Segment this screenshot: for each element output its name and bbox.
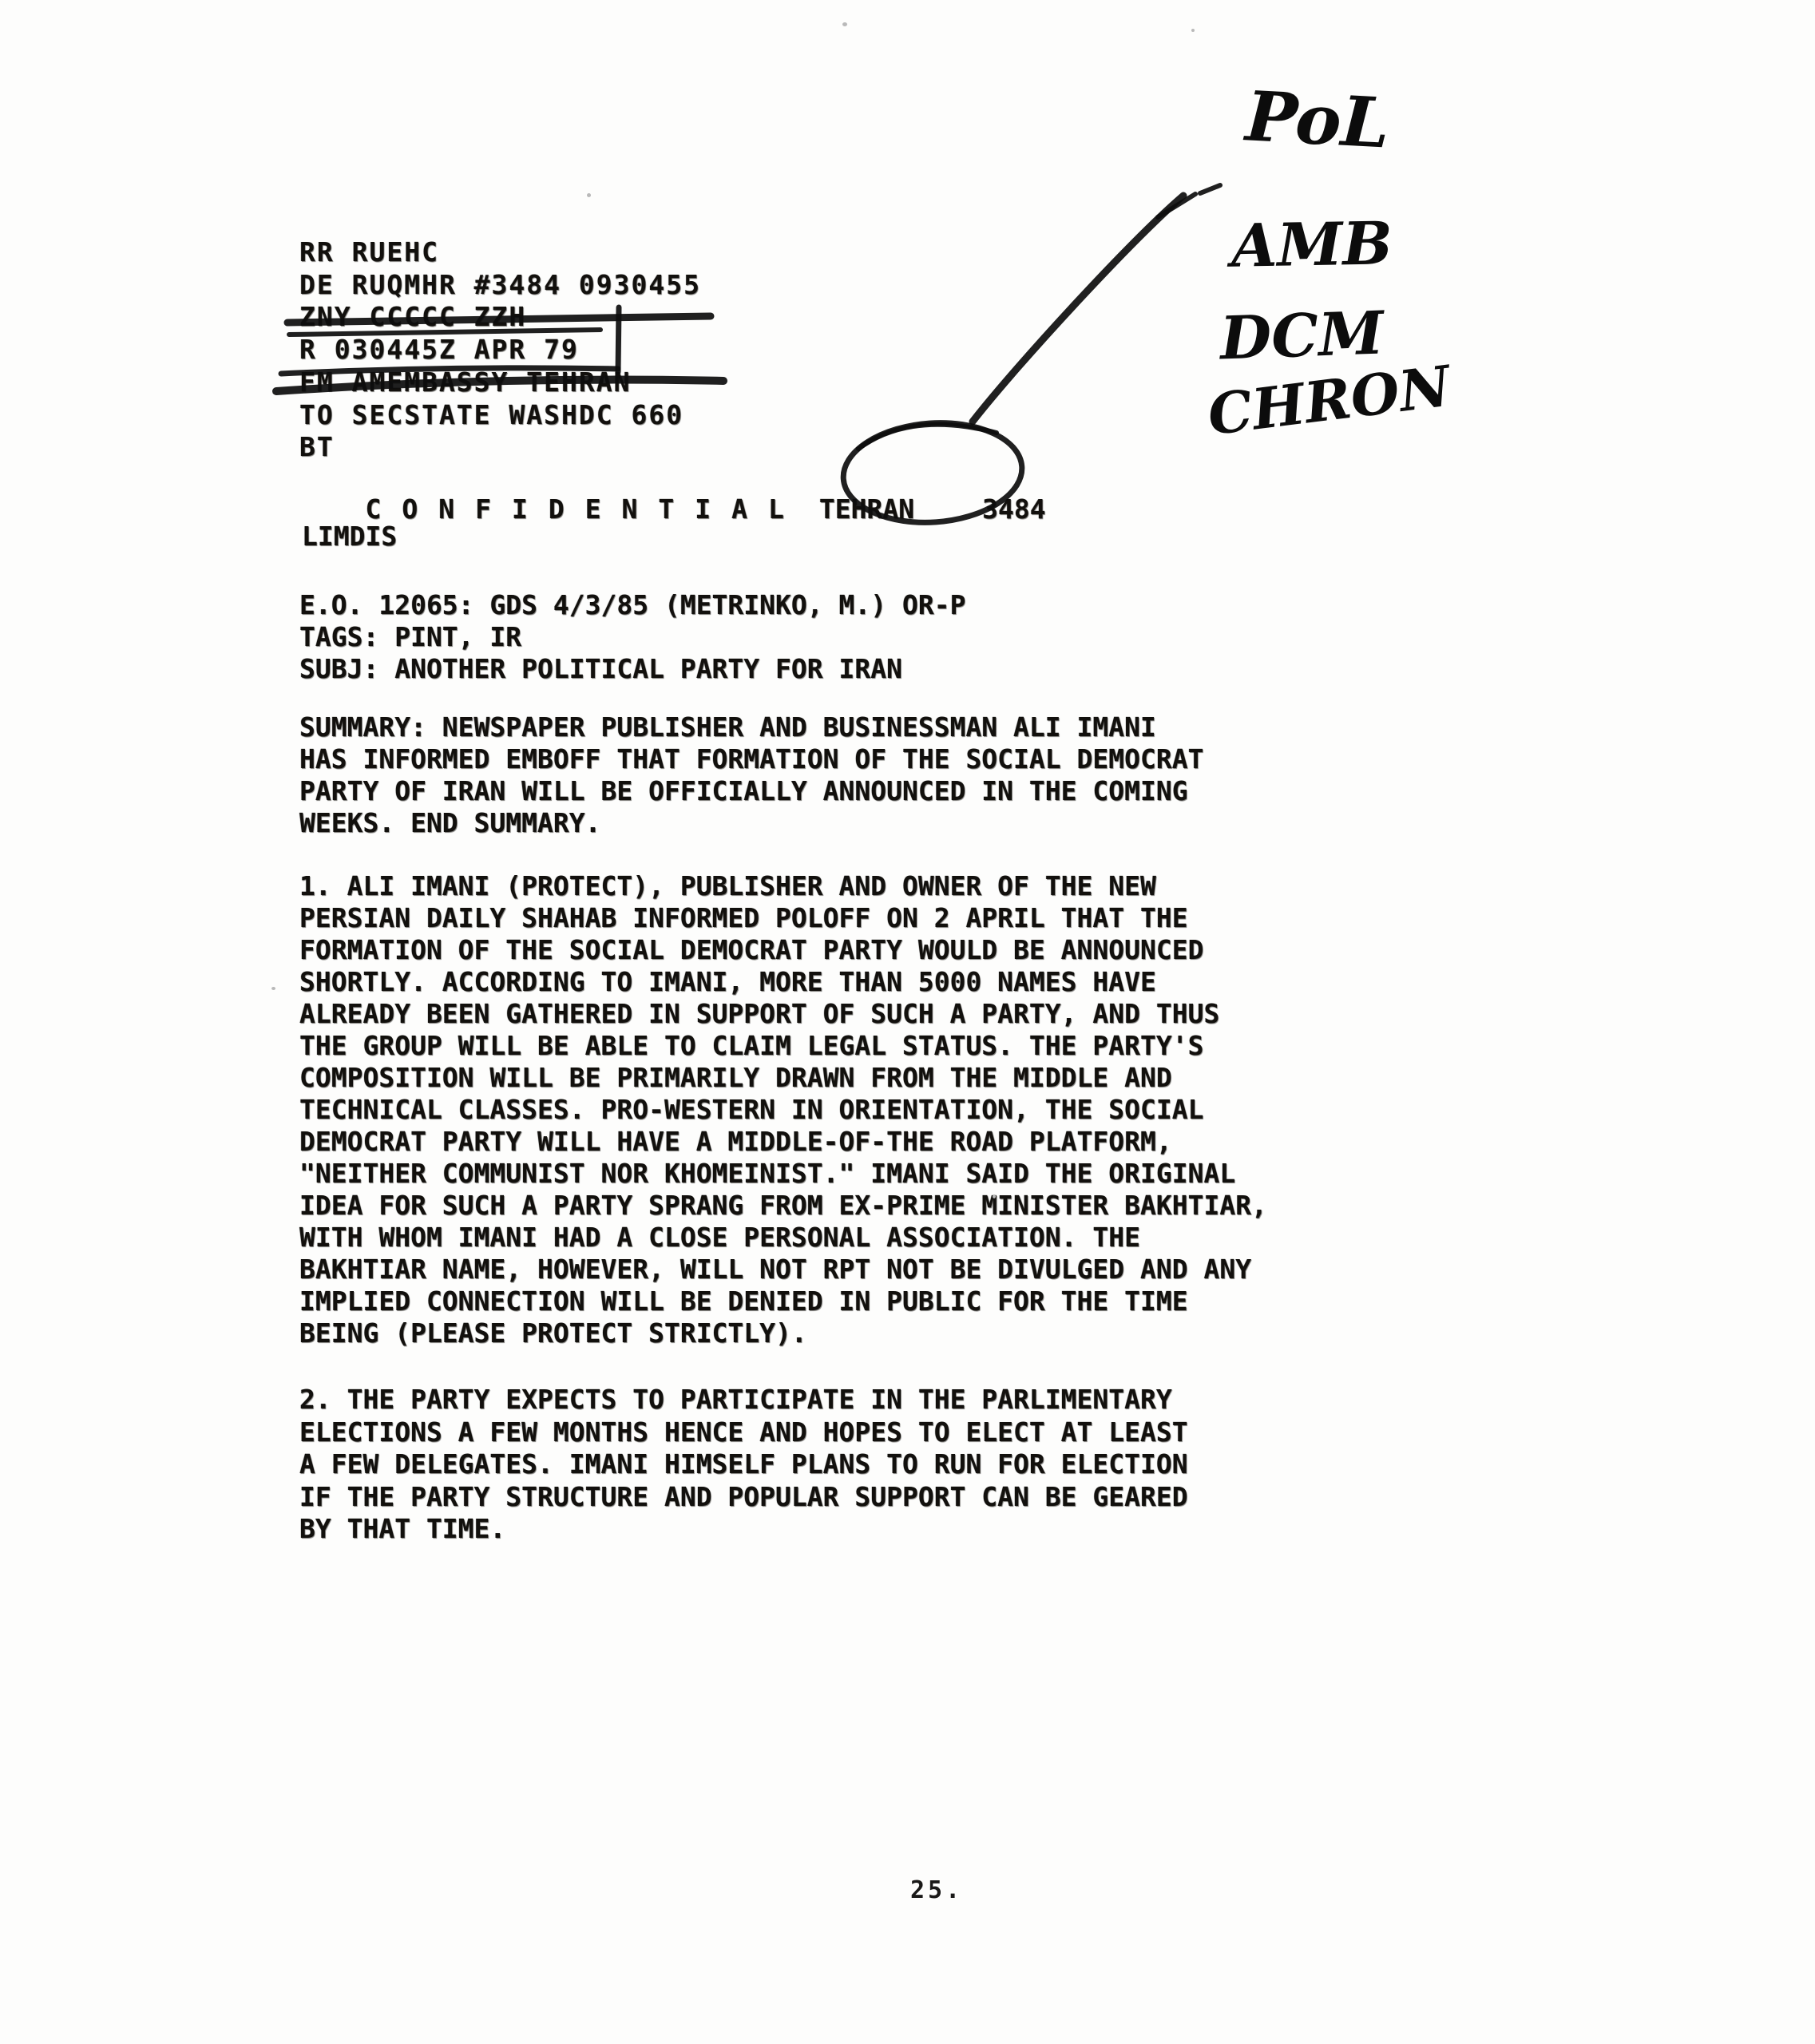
paragraph-1: 1. ALI IMANI (PROTECT), PUBLISHER AND OW… <box>299 870 1267 1349</box>
body-line: COMPOSITION WILL BE PRIMARILY DRAWN FROM… <box>299 1062 1267 1094</box>
body-line: BY THAT TIME. <box>299 1513 1188 1546</box>
cable-transmission-header: RR RUEHC DE RUQMHR #3484 0930455 ZNY CCC… <box>299 236 701 464</box>
header-date-time-group: R 030445Z APR 79 <box>299 334 701 366</box>
header-zny-line-struck: ZNY CCCCC ZZH <box>299 301 701 334</box>
body-line: BEING (PLEASE PROTECT STRICTLY). <box>299 1317 1267 1349</box>
page-number: 25. <box>910 1876 963 1904</box>
body-line: "NEITHER COMMUNIST NOR KHOMEINIST." IMAN… <box>299 1158 1267 1190</box>
summary-line: PARTY OF IRAN WILL BE OFFICIALLY ANNOUNC… <box>299 775 1203 807</box>
summary-line: HAS INFORMED EMBOFF THAT FORMATION OF TH… <box>299 743 1203 775</box>
classification-line: CONFIDENTIALTEHRAN3484 <box>302 461 1046 557</box>
pen-connector-dash <box>1200 185 1220 193</box>
classification-origin: TEHRAN <box>819 493 914 525</box>
body-line: IMPLIED CONNECTION WILL BE DENIED IN PUB… <box>299 1285 1267 1317</box>
paragraph-2: 2. THE PARTY EXPECTS TO PARTICIPATE IN T… <box>299 1384 1188 1546</box>
body-line: TECHNICAL CLASSES. PRO-WESTERN IN ORIENT… <box>299 1094 1267 1126</box>
summary-line: SUMMARY: NEWSPAPER PUBLISHER AND BUSINES… <box>299 711 1203 743</box>
body-line: A FEW DELEGATES. IMANI HIMSELF PLANS TO … <box>299 1448 1188 1481</box>
classification-serial: 3484 <box>982 493 1045 525</box>
body-line: FORMATION OF THE SOCIAL DEMOCRAT PARTY W… <box>299 934 1267 966</box>
summary-paragraph: SUMMARY: NEWSPAPER PUBLISHER AND BUSINES… <box>299 711 1203 839</box>
header-bt-separator: BT <box>299 431 701 464</box>
pen-connector-tick <box>1158 194 1195 217</box>
scanned-cable-page: RR RUEHC DE RUQMHR #3484 0930455 ZNY CCC… <box>0 0 1815 2044</box>
body-line: DEMOCRAT PARTY WILL HAVE A MIDDLE-OF-THE… <box>299 1126 1267 1158</box>
pen-circle-serial-inner-loop <box>858 425 997 449</box>
header-routing-indicator: RR RUEHC <box>299 236 701 269</box>
pen-connector-line <box>973 196 1183 422</box>
subject-line: SUBJ: ANOTHER POLITICAL PARTY FOR IRAN <box>299 653 965 685</box>
body-line: ELECTIONS A FEW MONTHS HENCE AND HOPES T… <box>299 1416 1188 1449</box>
scan-speck <box>993 1194 996 1198</box>
header-to-line: TO SECSTATE WASHDC 660 <box>299 399 701 432</box>
body-line: ALREADY BEEN GATHERED IN SUPPORT OF SUCH… <box>299 998 1267 1030</box>
body-line: IF THE PARTY STRUCTURE AND POPULAR SUPPO… <box>299 1481 1188 1514</box>
handling-caption-text: LIMDIS <box>302 521 397 553</box>
body-line: PERSIAN DAILY SHAHAB INFORMED POLOFF ON … <box>299 902 1267 934</box>
body-line: BAKHTIAR NAME, HOWEVER, WILL NOT RPT NOT… <box>299 1254 1267 1285</box>
eo-line: E.O. 12065: GDS 4/3/85 (METRINKO, M.) OR… <box>299 589 965 621</box>
scan-speck <box>587 193 591 197</box>
classification-level: CONFIDENTIAL <box>365 493 804 525</box>
scan-speck <box>1191 29 1195 32</box>
body-line: IDEA FOR SUCH A PARTY SPRANG FROM EX-PRI… <box>299 1190 1267 1222</box>
body-line: THE GROUP WILL BE ABLE TO CLAIM LEGAL ST… <box>299 1030 1267 1062</box>
body-line: 1. ALI IMANI (PROTECT), PUBLISHER AND OW… <box>299 870 1267 902</box>
scan-speck <box>271 987 275 990</box>
body-line: 2. THE PARTY EXPECTS TO PARTICIPATE IN T… <box>299 1384 1188 1416</box>
admin-block: E.O. 12065: GDS 4/3/85 (METRINKO, M.) OR… <box>299 589 965 685</box>
summary-line: WEEKS. END SUMMARY. <box>299 807 1203 839</box>
handwritten-routing-dcm: DCM <box>1219 299 1385 373</box>
header-from-line-struck: FM AMEMBASSY TEHRAN <box>299 366 701 399</box>
handling-caption: LIMDIS <box>302 521 397 553</box>
body-line: SHORTLY. ACCORDING TO IMANI, MORE THAN 5… <box>299 966 1267 998</box>
header-origin-station: DE RUQMHR #3484 0930455 <box>299 269 701 302</box>
body-line: WITH WHOM IMANI HAD A CLOSE PERSONAL ASS… <box>299 1222 1267 1254</box>
tags-line: TAGS: PINT, IR <box>299 621 965 653</box>
scan-speck <box>842 22 847 26</box>
handwritten-routing-amb: AMB <box>1230 209 1393 281</box>
handwritten-routing-pol: PoL <box>1243 76 1391 164</box>
